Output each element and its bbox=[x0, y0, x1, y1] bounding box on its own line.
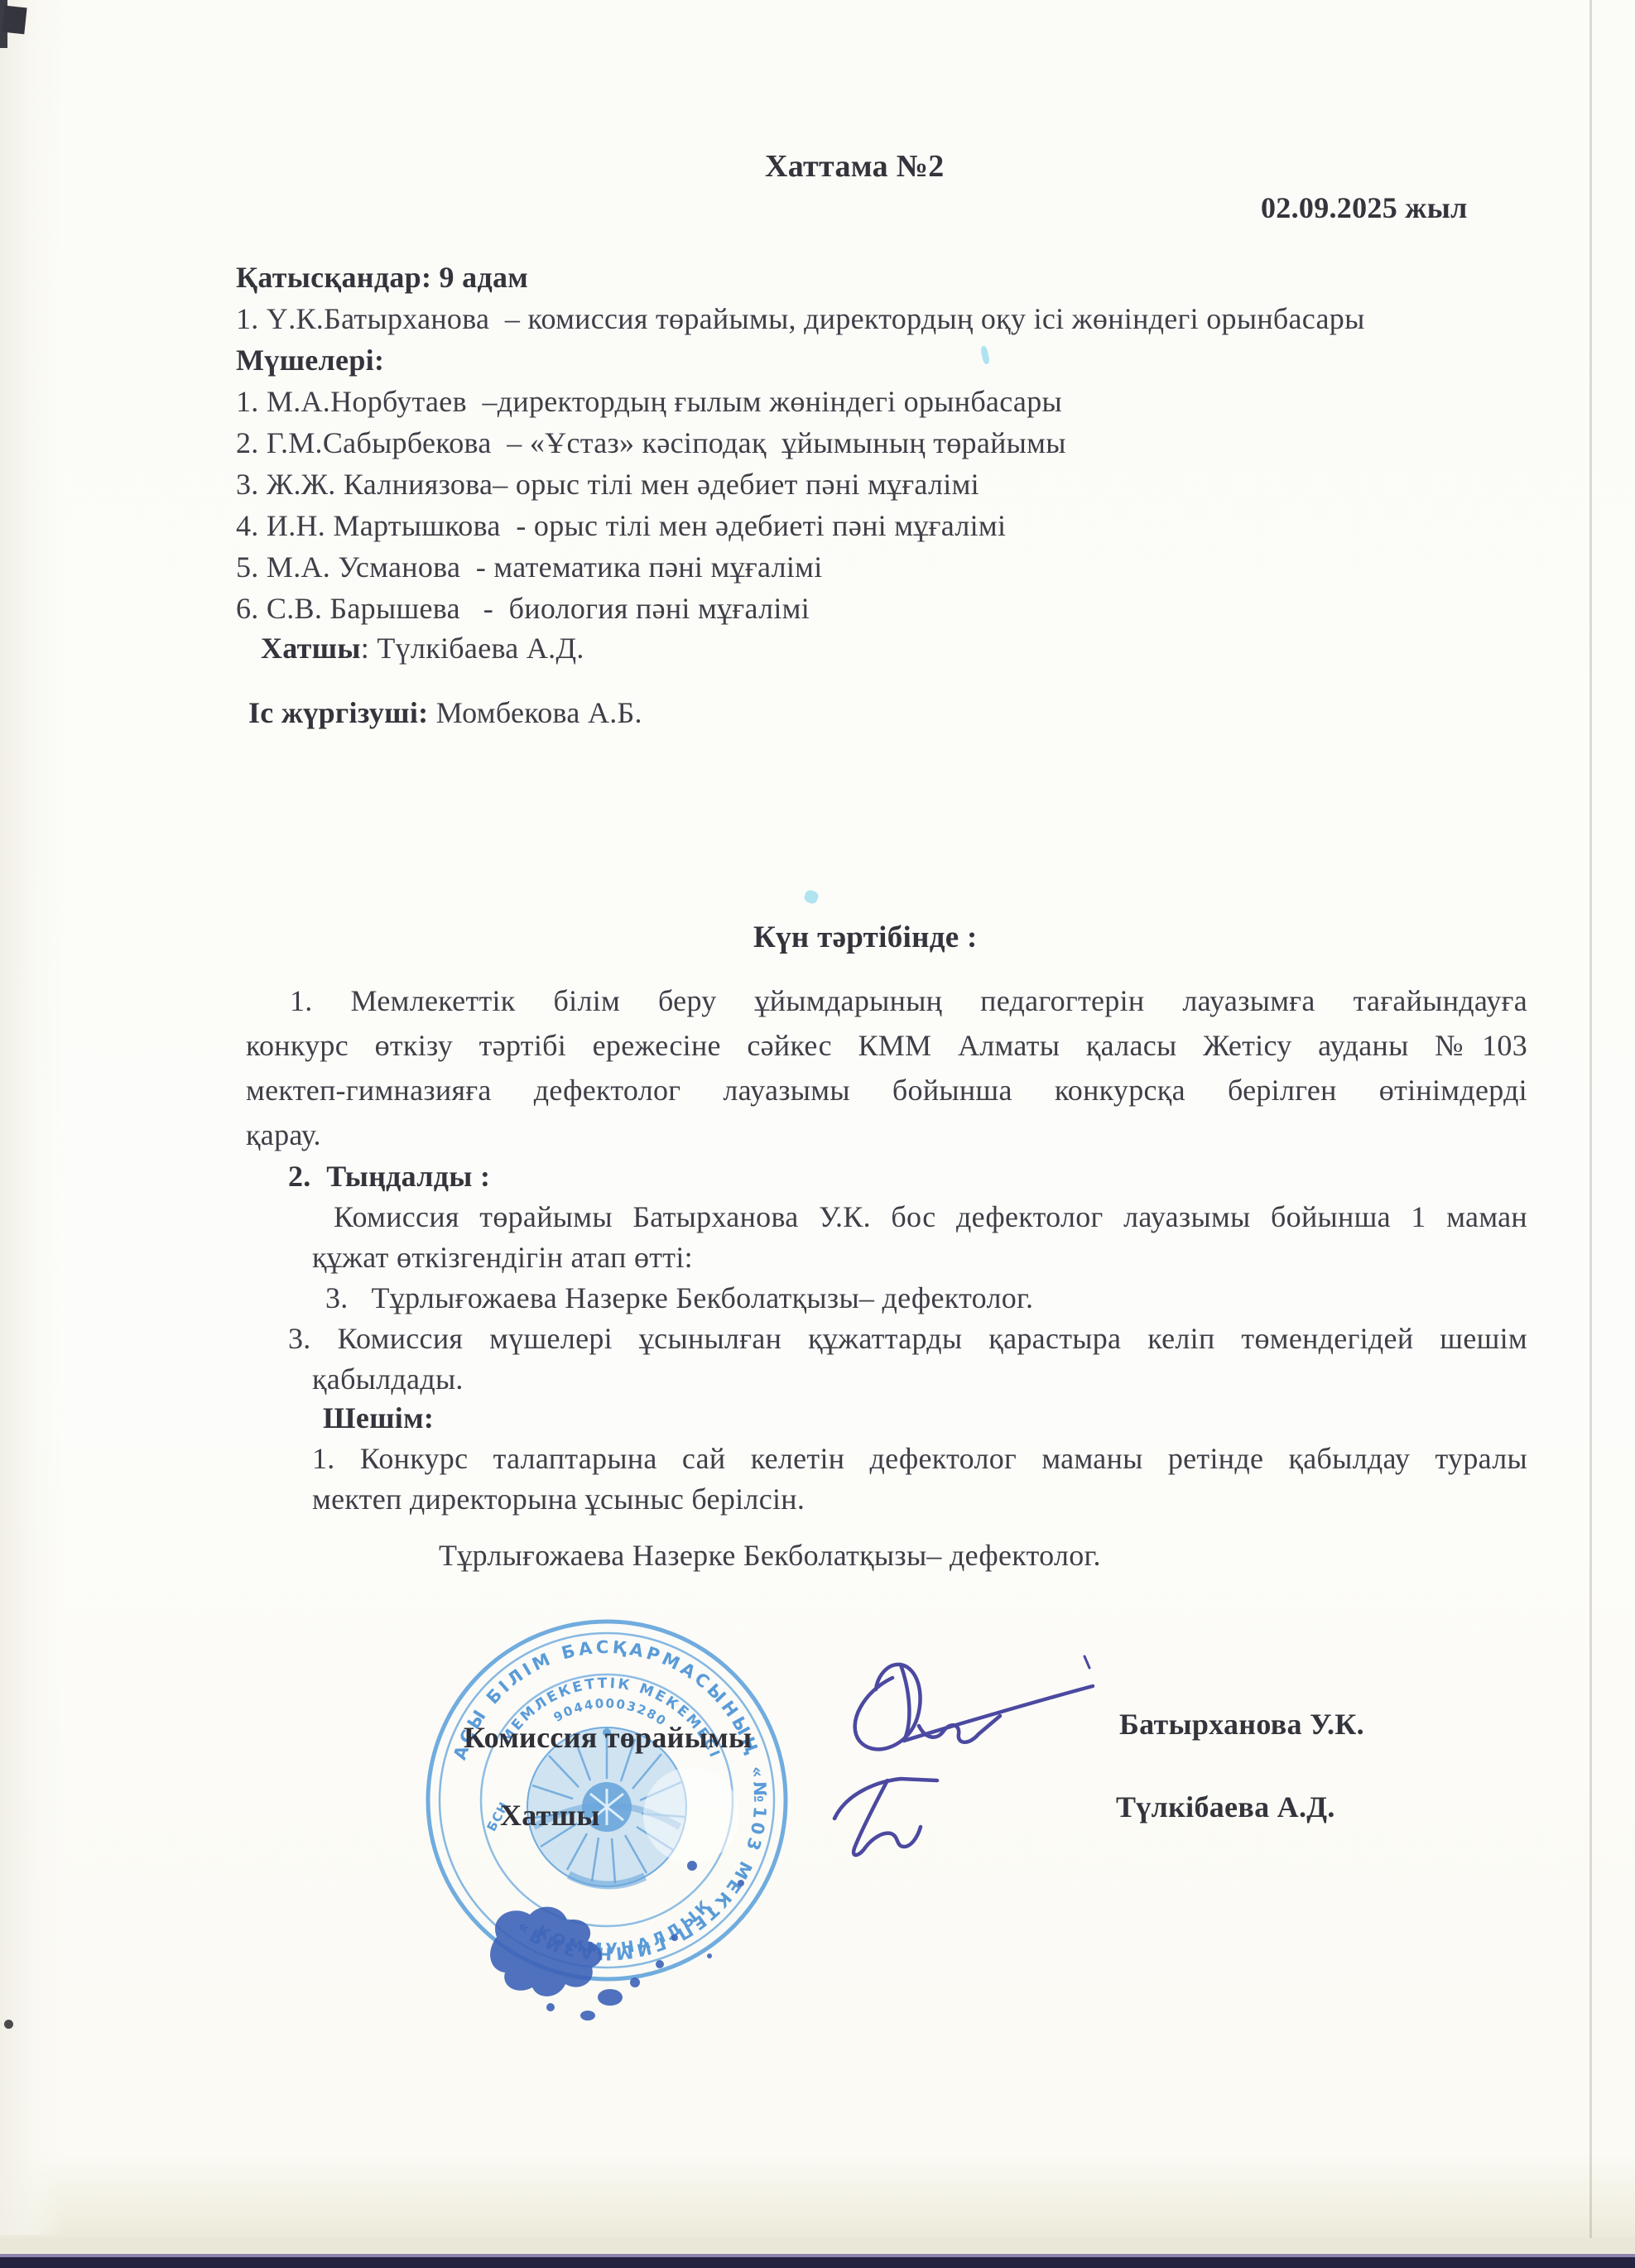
agenda-item1-line-3: мектеп-гимназияға дефектолог лауазымы бо… bbox=[246, 1071, 1527, 1109]
agenda-item1-line-1: 1. Мемлекеттік білім беру ұйымдарының пе… bbox=[290, 982, 1527, 1020]
chair-signature bbox=[855, 1656, 1093, 1749]
document-title: Хаттама №2 bbox=[765, 147, 945, 185]
official-round-stamp: АСЫ БІЛІМ БАСҚАРМАСЫНЫҢ «№103 МЕКТЕП-ГИМ… bbox=[418, 1610, 807, 2032]
member-line-5: 5. М.А. Усманова - математика пәні мұғал… bbox=[236, 548, 823, 586]
secretary-signature-name: Түлкібаева А.Д. bbox=[1116, 1788, 1335, 1826]
heard-line-1: Комиссия төрайымы Батырханова У.К. бос д… bbox=[334, 1198, 1527, 1236]
participants-heading: Қатысқандар: 9 адам bbox=[236, 258, 528, 296]
member-line-1: 1. М.А.Норбутаев –директордың ғылым жөні… bbox=[236, 382, 1062, 420]
scan-right-edge-line bbox=[1589, 0, 1592, 2239]
review-line-1: 3. Комиссия мүшелері ұсынылған құжаттард… bbox=[288, 1319, 1527, 1357]
clerk-name: Момбекова А.Б. bbox=[428, 696, 642, 729]
scan-artifact-dot bbox=[4, 2020, 13, 2029]
member-line-2: 2. Г.М.Сабырбекова – «Ұстаз» кәсіподақ ұ… bbox=[236, 424, 1066, 462]
scan-artifact-cyan-speck-1 bbox=[803, 889, 820, 906]
scan-artifact-cyan-speck-2 bbox=[980, 345, 990, 364]
scan-left-edge-shade bbox=[0, 0, 65, 2235]
chair-signature-label: Комиссия төрайымы bbox=[464, 1718, 752, 1756]
member-line-4: 4. И.Н. Мартышкова - орыс тілі мен әдеби… bbox=[236, 507, 1006, 545]
document-date: 02.09.2025 жыл bbox=[1261, 189, 1468, 227]
member-line-6: 6. С.В. Барышева - биология пәні мұғалім… bbox=[236, 589, 810, 627]
secretary-signature bbox=[834, 1779, 937, 1855]
secretary-name: : Түлкібаева А.Д. bbox=[361, 632, 584, 665]
scanned-protocol-page: Хаттама №2 02.09.2025 жыл Қатысқандар: 9… bbox=[0, 0, 1635, 2268]
members-heading: Мүшелері: bbox=[236, 341, 384, 379]
heard-line-2: құжат өткізгендігін атап өтті: bbox=[312, 1238, 693, 1276]
agenda-item1-line-4: қарау. bbox=[246, 1116, 321, 1154]
secretary-line: Хатшы: Түлкібаева А.Д. bbox=[261, 629, 584, 667]
secretary-signature-label: Хатшы bbox=[500, 1796, 600, 1834]
chair-signature-name: Батырханова У.К. bbox=[1119, 1705, 1364, 1743]
scan-bottom-bar bbox=[0, 2257, 1635, 2268]
clerk-line: Іс жүргізуші: Момбекова А.Б. bbox=[248, 694, 642, 732]
decision-line-2: мектеп директорына ұсыныс берілсін. bbox=[312, 1480, 805, 1518]
decision-line-1: 1. Конкурс талаптарына сай келетін дефек… bbox=[312, 1439, 1527, 1478]
handwritten-signatures bbox=[795, 1643, 1126, 1875]
heard-heading: 2. Тыңдалды : bbox=[288, 1157, 490, 1195]
scan-artifact-corner-mark bbox=[2, 6, 26, 35]
agenda-heading: Күн тәртібінде : bbox=[753, 919, 978, 957]
chair-participant-line: 1. Ү.К.Батырханова – комиссия төрайымы, … bbox=[236, 300, 1365, 338]
decision-heading: Шешім: bbox=[323, 1399, 434, 1437]
review-line-2: қабылдады. bbox=[312, 1360, 464, 1398]
secretary-label: Хатшы bbox=[261, 632, 361, 665]
stamp-fade-patch bbox=[643, 1767, 739, 1863]
clerk-label: Іс жүргізуші: bbox=[248, 696, 428, 729]
final-candidate-line: Тұрлығожаева Назерке Бекболатқызы– дефек… bbox=[439, 1536, 1101, 1574]
candidate-line: 3. Тұрлығожаева Назерке Бекболатқызы– де… bbox=[325, 1279, 1033, 1317]
agenda-item1-line-2: конкурс өткізу тәртібі ережесіне сәйкес … bbox=[246, 1026, 1527, 1064]
member-line-3: 3. Ж.Ж. Калниязова– орыс тілі мен әдебие… bbox=[236, 465, 979, 503]
